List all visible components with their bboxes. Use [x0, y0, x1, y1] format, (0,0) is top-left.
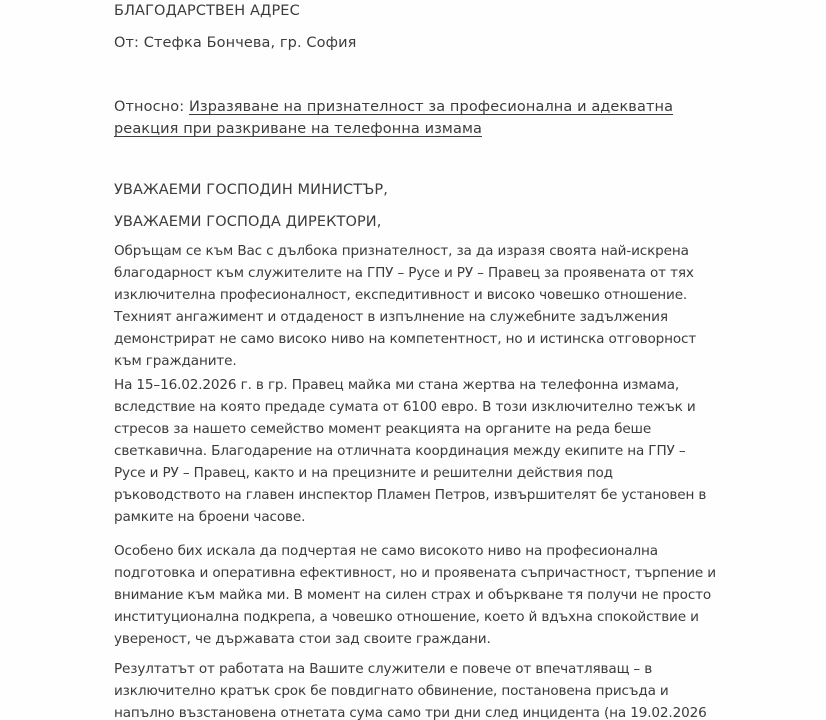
- letter-subject-line-1: Относно: Изразяване на признателност за …: [114, 99, 673, 115]
- paragraph-line: изключителна професионалност, експедитив…: [114, 287, 687, 303]
- paragraph-line: Техният ангажимент и отдаденост в изпълн…: [114, 309, 668, 325]
- paragraph-line: стресов за нашето семейство момент реакц…: [114, 421, 651, 437]
- paragraph-line: институционална подкрепа, а човешко отно…: [114, 609, 699, 625]
- letter-title: БЛАГОДАРСТВЕН АДРЕС: [114, 3, 300, 19]
- paragraph-line: На 15–16.02.2026 г. в гр. Правец майка м…: [114, 377, 679, 393]
- salutation-minister: УВАЖАЕМИ ГОСПОДИН МИНИСТЪР,: [114, 182, 388, 198]
- subject-text: Изразяване на признателност за професион…: [189, 99, 673, 115]
- paragraph-line: Обръщам се към Вас с дълбока признателно…: [114, 243, 689, 259]
- paragraph-line: светкавична. Благодарение на отличната к…: [114, 443, 685, 459]
- paragraph-line: ръководството на главен инспектор Пламен…: [114, 487, 706, 503]
- paragraph-line: внимание към майка ми. В момент на силен…: [114, 587, 711, 603]
- paragraph-line: увереност, че държавата стои зад своите …: [114, 631, 491, 647]
- paragraph-line: благодарност към служителите на ГПУ – Ру…: [114, 265, 694, 281]
- paragraph-line: Особено бих искала да подчертая не само …: [114, 543, 658, 559]
- paragraph-line: Резултатът от работата на Вашите служите…: [114, 661, 652, 677]
- scanned-letter-page: БЛАГОДАРСТВЕН АДРЕС От: Стефка Бончева, …: [0, 0, 826, 720]
- paragraph-line: изключително кратък срок бе повдигнато о…: [114, 683, 669, 699]
- paragraph-line: към гражданите.: [114, 353, 237, 369]
- paragraph-line: Русе и РУ – Правец, както и на прецизнит…: [114, 465, 613, 481]
- salutation-directors: УВАЖАЕМИ ГОСПОДА ДИРЕКТОРИ,: [114, 214, 381, 230]
- paragraph-line: подготовка и оперативна ефективност, но …: [114, 565, 716, 581]
- paragraph-line: демонстрират не само високо ниво на комп…: [114, 331, 696, 347]
- letter-subject-line-2: реакция при разкриване на телефонна изма…: [114, 121, 482, 137]
- paragraph-line: напълно възстановена отнетата сума само …: [114, 705, 707, 720]
- paragraph-line: вследствие на която предаде сумата от 61…: [114, 399, 696, 415]
- letter-sender: От: Стефка Бончева, гр. София: [114, 35, 356, 51]
- paragraph-line: рамките на броени часове.: [114, 509, 305, 525]
- subject-label: Относно:: [114, 99, 189, 115]
